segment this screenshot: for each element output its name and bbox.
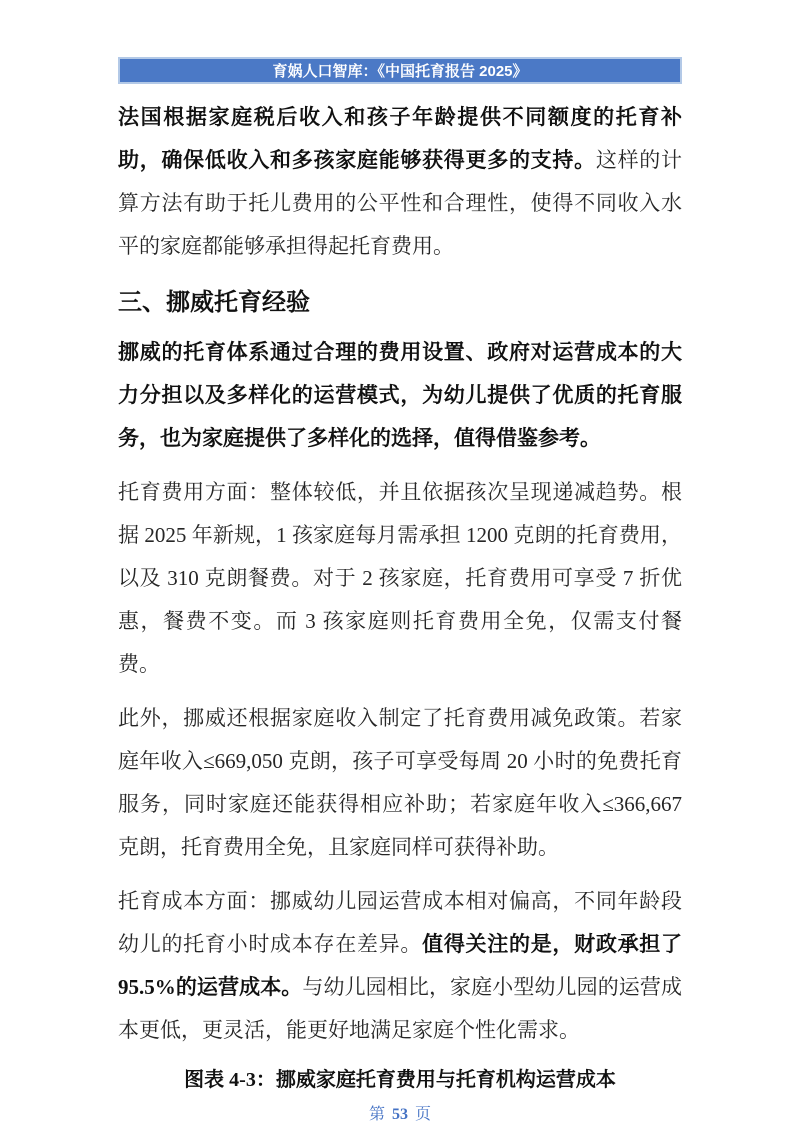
page-footer-prefix: 第: [369, 1106, 385, 1123]
figure-caption: 图表 4-3：挪威家庭托育费用与托育机构运营成本: [118, 1066, 682, 1094]
paragraph-childcare-costs: 托育成本方面：挪威幼儿园运营成本相对偏高，不同年龄段幼儿的托育小时成本存在差异。…: [118, 880, 682, 1052]
page-header-banner: 育娲人口智库：《中国托育报告 2025》: [118, 57, 682, 84]
page-number: 53: [392, 1106, 408, 1123]
paragraph-fee-reduction-policy: 此外，挪威还根据家庭收入制定了托育费用减免政策。若家庭年收入≤669,050 克…: [118, 697, 682, 869]
report-page: 育娲人口智库：《中国托育报告 2025》 法国根据家庭税后收入和孩子年龄提供不同…: [0, 0, 800, 1131]
section-heading-norway-experience: 三、挪威托育经验: [118, 282, 682, 325]
paragraph-france-subsidy: 法国根据家庭税后收入和孩子年龄提供不同额度的托育补助，确保低收入和多孩家庭能够获…: [118, 96, 682, 268]
header-banner-text: 育娲人口智库：《中国托育报告 2025》: [272, 60, 527, 81]
page-footer: 第53页: [118, 1104, 682, 1126]
page-footer-suffix: 页: [415, 1106, 431, 1123]
paragraph-childcare-fees: 托育费用方面：整体较低，并且依据孩次呈现递减趋势。根据 2025 年新规，1 孩…: [118, 471, 682, 686]
content-column: 育娲人口智库：《中国托育报告 2025》 法国根据家庭税后收入和孩子年龄提供不同…: [118, 57, 682, 1126]
paragraph-norway-overview: 挪威的托育体系通过合理的费用设置、政府对运营成本的大力分担以及多样化的运营模式，…: [118, 331, 682, 460]
